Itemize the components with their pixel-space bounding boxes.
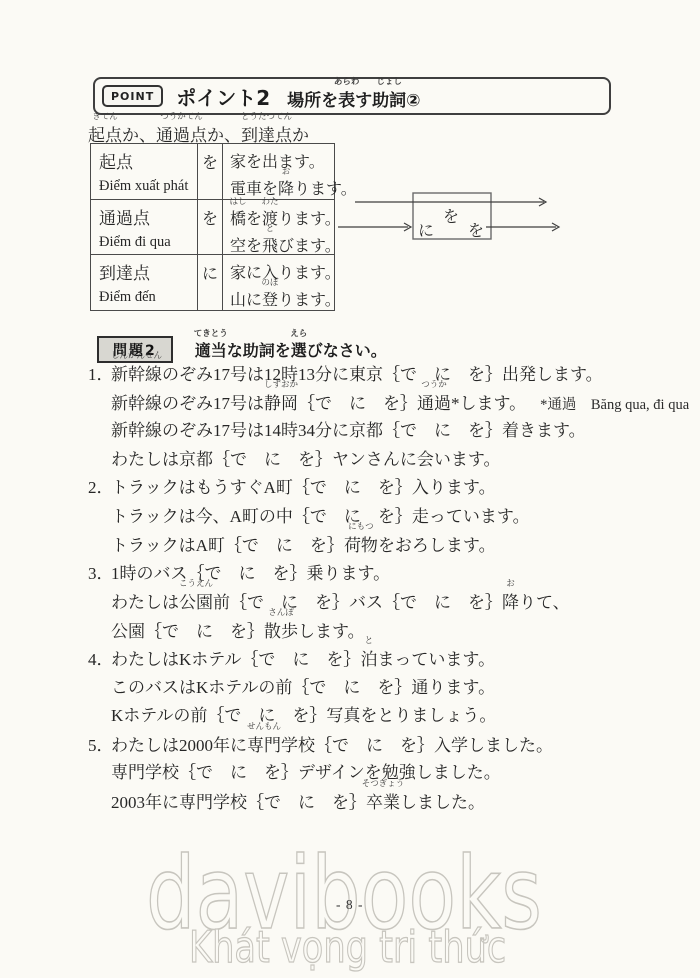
furigana-text: と — [266, 225, 275, 233]
diagram-particle-exit: を — [468, 222, 484, 240]
exercise-line: 新幹線のぞみ17号は14時34分に京都｛で に を｝着きます。 — [88, 417, 673, 446]
exercise-sentence: 新幹線のぞみ17号は静岡しずおか｛で に を｝通過つうか*します。 — [111, 394, 526, 413]
example-sentence: 家に入ります。 — [230, 261, 334, 287]
furigana-group: 降お — [278, 176, 294, 199]
exercise-sentence: わたしは京都｛で に を｝ヤンさんに会います。 — [111, 450, 500, 469]
furigana-text: お — [282, 168, 291, 176]
row-label-vi: Điểm xuất phát — [99, 175, 197, 198]
furigana-group: 降お — [502, 588, 519, 613]
furigana-text: えら — [290, 330, 307, 338]
exercise-line: 4．わたしはKホテル｛で に を｝泊とまっています。 — [88, 645, 673, 674]
furigana-text: わた — [262, 198, 279, 206]
page-number: - 8 - — [336, 897, 364, 913]
textbook-page: davibooks Khát vọng tri thức - 8 - POINT… — [0, 0, 700, 978]
diagram-particle-pass: を — [443, 208, 459, 226]
furigana-group: 荷物にもつ — [344, 531, 378, 556]
exercise-sentence: 2003年に専門学校｛で に を｝卒業そつぎょうしました。 — [111, 793, 485, 812]
furigana-group: 専門せんもん — [247, 731, 281, 756]
exercise-item-number: 3． — [88, 560, 111, 589]
point-title: ポイント2 — [176, 82, 270, 111]
example-sentence: 橋はしを渡わたります。 — [230, 206, 334, 233]
exercise-line: 1．新幹線しんかんせんのぞみ17号は12時13分に東京｛で に を｝出発します。 — [88, 360, 673, 389]
exercise-line: 2003年に専門学校｛で に を｝卒業そつぎょうしました。 — [88, 788, 673, 817]
table-cell-particle: を — [197, 144, 222, 199]
exercise-sentence: このバスはKホテルの前｛で に を｝通ります。 — [111, 678, 495, 697]
furigana-text: しんかんせん — [111, 352, 162, 360]
table-row: 通過点 Điểm đi qua を 橋はしを渡わたります。 空を飛とびます。 — [91, 199, 334, 255]
furigana-text: こうえん — [179, 580, 213, 588]
furigana-group: 適当てきとう — [195, 338, 227, 361]
table-cell-examples: 橋はしを渡わたります。 空を飛とびます。 — [222, 200, 334, 255]
exercise-item-number: 1． — [88, 361, 111, 390]
exercise-item-number: 2． — [88, 474, 111, 503]
table-cell-examples: 家に入ります。 山に登のぼります。 — [222, 255, 334, 310]
exercise-line: 3．1時のバス｛で に を｝乗ります。 — [88, 560, 673, 589]
exercise-sentence: Kホテルの前｛で に を｝写真をとりましょう。 — [111, 706, 496, 725]
table-cell-label: 通過点 Điểm đi qua — [91, 200, 197, 255]
vocab-note: *通過 Băng qua, đi qua — [540, 397, 689, 413]
exercise-sentence: わたしは2000年に専門せんもん学校｛で に を｝入学しました。 — [111, 736, 553, 755]
furigana-group: 通過つうか — [417, 389, 451, 414]
point-header: POINT ポイント2 場所を表あらわす助詞じょし② — [93, 77, 611, 115]
exercise-line: トラックは今、A町の中｛で に を｝走っています。 — [88, 503, 673, 532]
furigana-group: 新幹線しんかんせん — [111, 360, 162, 385]
exercise-sentence: 公園｛で に を｝散歩さんぽします。 — [111, 622, 365, 641]
furigana-text: はし — [229, 198, 246, 206]
furigana-text: つうか — [421, 381, 447, 389]
row-label-jp: 通過点 — [99, 206, 197, 231]
furigana-group: 静岡しずおか — [264, 389, 298, 414]
furigana-text: そつぎょう — [362, 780, 405, 788]
row-label-vi: Điểm đến — [99, 286, 197, 309]
exercise-line: わたしは京都｛で に を｝ヤンさんに会います。 — [88, 446, 673, 475]
furigana-text: さんぽ — [268, 609, 294, 617]
furigana-group: 公園こうえん — [179, 588, 213, 613]
furigana-text: しずおか — [264, 381, 298, 389]
furigana-group: 橋はし — [230, 206, 246, 229]
furigana-text: てきとう — [194, 330, 228, 338]
table-cell-particle: に — [197, 255, 222, 310]
exercise-line: Kホテルの前｛で に を｝写真をとりましょう。 — [88, 702, 673, 731]
furigana-group: 卒業そつぎょう — [366, 788, 400, 813]
furigana-text: にもつ — [348, 523, 374, 531]
row-label-jp: 到達点 — [99, 261, 197, 286]
exercise-sentence: わたしはKホテル｛で に を｝泊とまっています。 — [111, 650, 495, 669]
particle-diagram: を に を — [330, 180, 610, 265]
exercise-sentence: 1時のバス｛で に を｝乗ります。 — [111, 564, 390, 583]
furigana-group: 飛と — [262, 233, 278, 256]
table-cell-examples: 家を出ます。 電車を降おります。 — [222, 144, 334, 199]
table-cell-label: 到達点 Điểm đến — [91, 255, 197, 310]
exercise-line: 2．トラックはもうすぐA町｛で に を｝入ります。 — [88, 474, 673, 503]
exercise-sentence: トラックはもうすぐA町｛で に を｝入ります。 — [111, 478, 496, 497]
point-badge: POINT — [102, 85, 163, 107]
furigana-text: と — [365, 637, 374, 645]
exercise-line: わたしは公園こうえん前｛で に を｝バス｛で に を｝降おりて、 — [88, 588, 673, 617]
exercise-line: トラックはA町｛で に を｝荷物にもつをおろします。 — [88, 531, 673, 560]
exercise-line: 公園｛で に を｝散歩さんぽします。 — [88, 617, 673, 646]
exercise-sentence: 新幹線しんかんせんのぞみ17号は12時13分に東京｛で に を｝出発します。 — [111, 365, 603, 384]
diagram-particle-enter: に — [418, 223, 434, 240]
exercise-instruction: 適当てきとうな助詞を選えらびなさい。 — [195, 334, 387, 361]
exercise-sentence: わたしは公園こうえん前｛で に を｝バス｛で に を｝降おりて、 — [111, 593, 570, 612]
watermark-slogan: Khát vọng tri thức — [189, 925, 506, 971]
exercise-sentence: トラックはA町｛で に を｝荷物にもつをおろします。 — [111, 536, 496, 555]
exercise-sentence: トラックは今、A町の中｛で に を｝走っています。 — [111, 507, 530, 526]
furigana-text: つうかてん — [160, 113, 203, 121]
furigana-group: 散歩さんぽ — [264, 617, 298, 642]
furigana-group: 泊と — [360, 645, 377, 670]
exercise-list: 1．新幹線しんかんせんのぞみ17号は12時13分に東京｛で に を｝出発します。… — [88, 360, 673, 816]
furigana-text: とうたつてん — [241, 113, 292, 121]
furigana-text: お — [506, 580, 515, 588]
table-cell-label: 起点 Điểm xuất phát — [91, 144, 197, 199]
table-cell-particle: を — [197, 200, 222, 255]
table-row: 到達点 Điểm đến に 家に入ります。 山に登のぼります。 — [91, 254, 334, 310]
exercise-line: このバスはKホテルの前｛で に を｝通ります。 — [88, 674, 673, 703]
exercise-line: 新幹線のぞみ17号は静岡しずおか｛で に を｝通過つうか*します。*通過 Băn… — [88, 389, 673, 418]
furigana-group: 助詞じょし — [372, 86, 406, 111]
furigana-group: 選えら — [291, 338, 307, 361]
exercise-sentence: 専門学校｛で に を｝デザインを勉強しました。 — [111, 763, 501, 782]
furigana-text: あらわ — [334, 78, 360, 86]
table-row: 起点 Điểm xuất phát を 家を出ます。 電車を降おります。 — [91, 144, 334, 199]
point-subtitle: 場所を表あらわす助詞じょし② — [287, 82, 420, 111]
example-sentence: 山に登のぼります。 — [230, 287, 334, 314]
exercise-sentence: 新幹線のぞみ17号は14時34分に京都｛で に を｝着きます。 — [111, 421, 586, 440]
furigana-text: せんもん — [247, 723, 281, 731]
exercise-line: 5．わたしは2000年に専門せんもん学校｛で に を｝入学しました。 — [88, 731, 673, 760]
furigana-text: きてん — [92, 113, 118, 121]
furigana-group: 登のぼ — [262, 287, 278, 310]
exercise-item-number: 4． — [88, 646, 111, 675]
row-label-jp: 起点 — [99, 150, 197, 175]
particle-table: 起点 Điểm xuất phát を 家を出ます。 電車を降おります。 通過点… — [90, 143, 335, 311]
furigana-group: 表あらわ — [338, 86, 355, 111]
furigana-text: じょし — [376, 78, 402, 86]
row-label-vi: Điểm đi qua — [99, 231, 197, 254]
exercise-item-number: 5． — [88, 732, 111, 761]
furigana-text: のぼ — [262, 279, 279, 287]
